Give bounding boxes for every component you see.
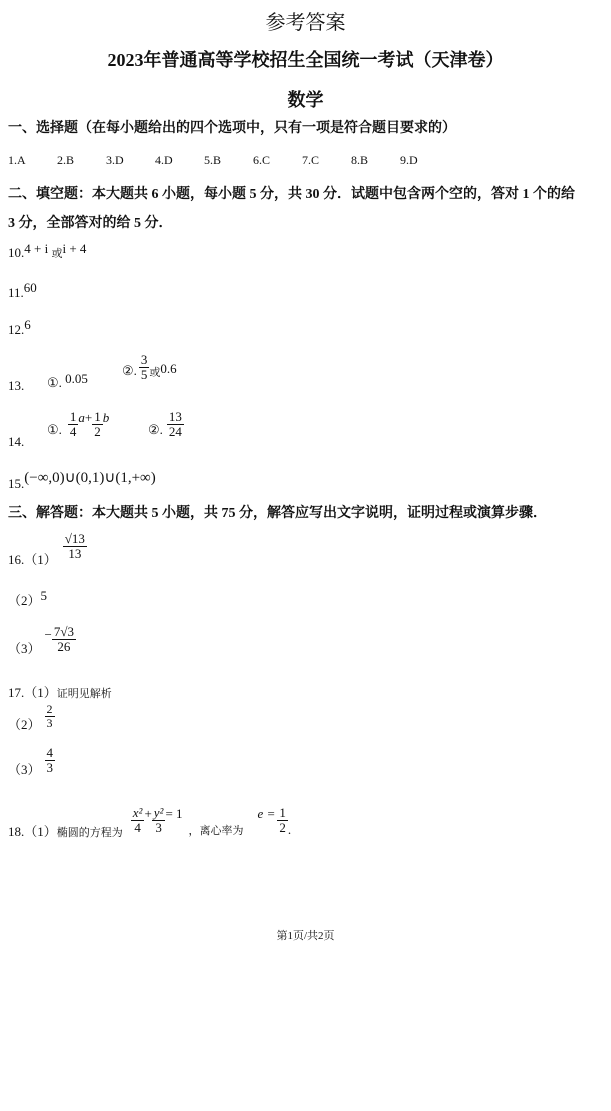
answer-q11: 11.60 — [8, 285, 37, 301]
answer-q12: 12.6 — [8, 322, 31, 338]
answer-q17-part2: （2） 23 — [8, 703, 55, 733]
numerator: 3 — [139, 353, 150, 368]
section-2-heading-line1: 二、填空题：本大题共 6 小题，每小题 5 分，共 30 分．试题中包含两个空的… — [8, 183, 575, 203]
answer-5: 5.B — [204, 153, 253, 168]
part-label: （3） — [8, 759, 41, 778]
numerator: 1 — [68, 410, 79, 425]
answer-value: 证明见解析 — [57, 688, 112, 700]
fraction: 12 — [92, 410, 103, 438]
fraction: 12 — [277, 806, 288, 834]
exam-title: 2023年普通高等学校招生全国统一考试（天津卷） — [0, 46, 611, 72]
question-number: 18. — [8, 824, 24, 840]
answer-text: 椭圆的方程为 — [57, 824, 123, 840]
denominator: 4 — [68, 425, 79, 439]
numerator: 1 — [277, 806, 288, 821]
denominator: 3 — [153, 821, 164, 835]
denominator: 24 — [167, 425, 184, 439]
answer-1: 1.A — [8, 153, 57, 168]
equals-one: = 1 — [165, 806, 182, 822]
answer-alt-value: 0.6 — [160, 361, 176, 377]
answer-value: 6 — [24, 317, 31, 332]
answer-q17-part3: （3） 43 — [8, 746, 55, 778]
denominator: 13 — [66, 547, 83, 561]
answer-q16-part3: （3） − 7√326 — [8, 625, 76, 657]
answer-q13: 13. — [8, 378, 24, 394]
part-label: ②. — [122, 363, 137, 379]
denominator: 3 — [45, 761, 56, 775]
numerator: √13 — [63, 532, 87, 547]
part-label: （1） — [24, 549, 57, 568]
denominator: 26 — [55, 640, 72, 654]
or-label: 或 — [149, 364, 160, 380]
vector-b: b — [103, 410, 110, 426]
part-label: ②. — [148, 422, 163, 438]
answer-value: 4 + i — [24, 241, 48, 256]
denominator: 2 — [92, 425, 103, 439]
fraction: y²3 — [152, 806, 166, 834]
answer-q17-part1: 17.（1）证明见解析 — [8, 682, 112, 701]
fraction: 7√326 — [52, 625, 76, 653]
part-label: ①. — [47, 375, 62, 390]
denominator: 4 — [132, 821, 143, 835]
answer-value: 60 — [24, 280, 37, 295]
or-label: 或 — [51, 248, 62, 260]
numerator: 13 — [167, 410, 184, 425]
answer-2: 2.B — [57, 153, 106, 168]
answer-q15: 15.(−∞,0)∪(0,1)∪(1,+∞) — [8, 468, 156, 487]
answer-q16-part2: （2）5 — [8, 590, 47, 609]
question-number: 11. — [8, 285, 24, 300]
fraction: 1324 — [167, 410, 184, 438]
question-number: 10. — [8, 245, 24, 260]
fraction: 23 — [45, 703, 55, 729]
answer-8: 8.B — [351, 153, 400, 168]
page-number: 第1页/共2页 — [0, 927, 611, 943]
denominator: 2 — [277, 821, 288, 835]
answer-q14-part1: ①. 14 a + 12 b — [47, 410, 109, 438]
answer-value: 5 — [41, 588, 48, 603]
answer-q16-part1: 16.（1） √1313 — [8, 532, 87, 568]
numerator: y² — [152, 806, 166, 821]
question-number: 15. — [8, 476, 24, 491]
answer-q13-part1: ①. 0.05 — [47, 375, 88, 391]
denominator: 5 — [139, 368, 150, 382]
answer-q14: 14. — [8, 434, 24, 450]
question-number: 16. — [8, 552, 24, 568]
answer-q14-part2: ②. 1324 — [148, 410, 184, 438]
answer-value: (−∞,0)∪(0,1)∪(1,+∞) — [24, 470, 155, 486]
plus-sign: + — [85, 410, 92, 426]
subject-title: 数学 — [0, 86, 611, 112]
part-label: （1） — [24, 685, 57, 700]
numerator: 1 — [92, 410, 103, 425]
answer-alt-value: i + 4 — [62, 241, 86, 256]
answer-q13-part2: ②. 35 或0.6 — [122, 353, 177, 381]
question-number: 13. — [8, 378, 24, 393]
part-label: ①. — [47, 422, 62, 438]
plus-sign: + — [144, 806, 151, 822]
question-number: 17. — [8, 685, 24, 700]
part-label: （1） — [24, 821, 57, 840]
fraction: x²4 — [131, 806, 145, 834]
answer-q18-part1: 18.（1）椭圆的方程为 x²4 + y²3 = 1 ，离心率为 e = 12 … — [8, 806, 291, 840]
eccentricity-label: e = — [258, 806, 276, 822]
fraction: 43 — [45, 746, 56, 774]
answer-3: 3.D — [106, 153, 155, 168]
answer-6: 6.C — [253, 153, 302, 168]
section-3-heading: 三、解答题：本大题共 5 小题，共 75 分，解答应写出文字说明，证明过程或演算… — [8, 502, 547, 522]
minus-sign: − — [45, 627, 52, 643]
answer-9: 9.D — [400, 153, 449, 168]
question-number: 14. — [8, 434, 24, 449]
answer-text: ，离心率为 — [189, 822, 244, 838]
numerator: 7√3 — [52, 625, 76, 640]
fraction: 14 — [68, 410, 79, 438]
section-2-heading-line2: 3 分，全部答对的给 5 分． — [8, 212, 173, 232]
section-1-heading: 一、选择题（在每小题给出的四个选项中，只有一项是符合题目要求的） — [8, 117, 456, 137]
numerator: 4 — [45, 746, 56, 761]
denominator: 3 — [45, 717, 55, 730]
part-label: （2） — [8, 593, 41, 608]
multiple-choice-answers: 1.A2.B3.D4.D5.B6.C7.C8.B9.D — [8, 151, 449, 169]
answer-4: 4.D — [155, 153, 204, 168]
numerator: x² — [131, 806, 145, 821]
answer-q10: 10.4 + i 或i + 4 — [8, 245, 86, 261]
question-number: 12. — [8, 322, 24, 337]
part-label: （3） — [8, 638, 41, 657]
period: . — [288, 822, 291, 838]
part-label: （2） — [8, 714, 41, 733]
numerator: 2 — [45, 703, 55, 717]
fraction: 35 — [139, 353, 150, 381]
fraction: √1313 — [63, 532, 87, 560]
answer-value: 0.05 — [65, 371, 88, 386]
answer-7: 7.C — [302, 153, 351, 168]
page-title: 参考答案 — [0, 6, 611, 35]
